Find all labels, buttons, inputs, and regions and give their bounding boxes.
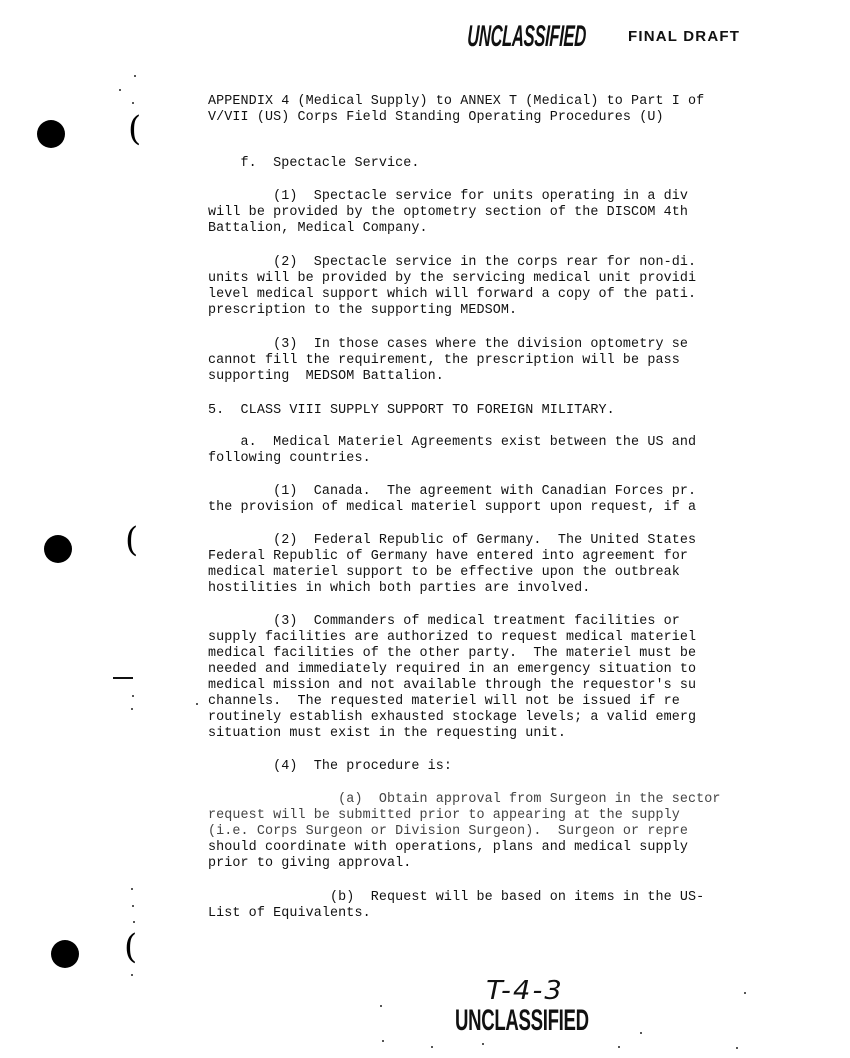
body-text-line: Battalion, Medical Company.	[208, 221, 428, 237]
body-text-line: a. Medical Materiel Agreements exist bet…	[208, 435, 696, 451]
binder-hole-top	[37, 120, 65, 148]
body-text-line: medical facilities of the other party. T…	[208, 646, 696, 662]
body-text-line: request will be submitted prior to appea…	[208, 808, 680, 824]
binder-hole-middle	[44, 535, 72, 563]
body-text-line: prescription to the supporting MEDSOM.	[208, 303, 517, 319]
body-text-line: channels. The requested materiel will no…	[208, 694, 680, 710]
document-page: ( ( ( UNCLASSIFIED FINAL DRAFT APPENDIX …	[0, 0, 850, 1058]
body-text-line: (4) The procedure is:	[208, 759, 452, 775]
page-number: T-4-3	[486, 976, 564, 1006]
binder-mark-middle: (	[125, 523, 138, 557]
body-text-line: situation must exist in the requesting u…	[208, 726, 566, 742]
body-text-line: following countries.	[208, 451, 371, 467]
body-text-line: (i.e. Corps Surgeon or Division Surgeon)…	[208, 824, 688, 840]
body-text-line: 5. CLASS VIII SUPPLY SUPPORT TO FOREIGN …	[208, 403, 615, 419]
body-text-line: (b) Request will be based on items in th…	[208, 890, 704, 906]
body-text-line: (2) Spectacle service in the corps rear …	[208, 255, 696, 271]
body-text-line: (2) Federal Republic of Germany. The Uni…	[208, 533, 696, 549]
body-text-line: (1) Spectacle service for units operatin…	[208, 189, 688, 205]
body-text-line: supporting MEDSOM Battalion.	[208, 369, 444, 385]
classification-stamp-bottom: UNCLASSIFIED	[455, 1004, 589, 1038]
body-text-line: medical materiel support to be effective…	[208, 565, 680, 581]
margin-dash-mark	[113, 677, 133, 679]
body-text-line: level medical support which will forward…	[208, 287, 696, 303]
body-text-line: Federal Republic of Germany have entered…	[208, 549, 688, 565]
body-text-line: needed and immediately required in an em…	[208, 662, 696, 678]
body-text-line: medical mission and not available throug…	[208, 678, 696, 694]
body-text-line: the provision of medical materiel suppor…	[208, 500, 696, 516]
body-text-line: hostilities in which both parties are in…	[208, 581, 590, 597]
body-text-line: units will be provided by the servicing …	[208, 271, 696, 287]
body-text-line: should coordinate with operations, plans…	[208, 840, 688, 856]
body-text-line: (1) Canada. The agreement with Canadian …	[208, 484, 696, 500]
body-text-line: supply facilities are authorized to requ…	[208, 630, 696, 646]
body-text-line: prior to giving approval.	[208, 856, 411, 872]
document-title-line-2: V/VII (US) Corps Field Standing Operatin…	[208, 110, 664, 126]
body-text-line: (a) Obtain approval from Surgeon in the …	[208, 792, 721, 808]
body-text-line: cannot fill the requirement, the prescri…	[208, 353, 680, 369]
body-text-line: will be provided by the optometry sectio…	[208, 205, 688, 221]
body-text-line: routinely establish exhausted stockage l…	[208, 710, 696, 726]
binder-mark-top: (	[128, 112, 141, 146]
document-title-line-1: APPENDIX 4 (Medical Supply) to ANNEX T (…	[208, 94, 704, 110]
body-text-line: List of Equivalents.	[208, 906, 371, 922]
binder-mark-bottom: (	[124, 930, 137, 964]
body-text-line: (3) Commanders of medical treatment faci…	[208, 614, 680, 630]
classification-stamp-top: UNCLASSIFIED	[467, 20, 587, 54]
body-text-line: f. Spectacle Service.	[208, 156, 420, 172]
body-text-line: (3) In those cases where the division op…	[208, 337, 688, 353]
draft-status: FINAL DRAFT	[628, 28, 740, 45]
binder-hole-bottom	[51, 940, 79, 968]
